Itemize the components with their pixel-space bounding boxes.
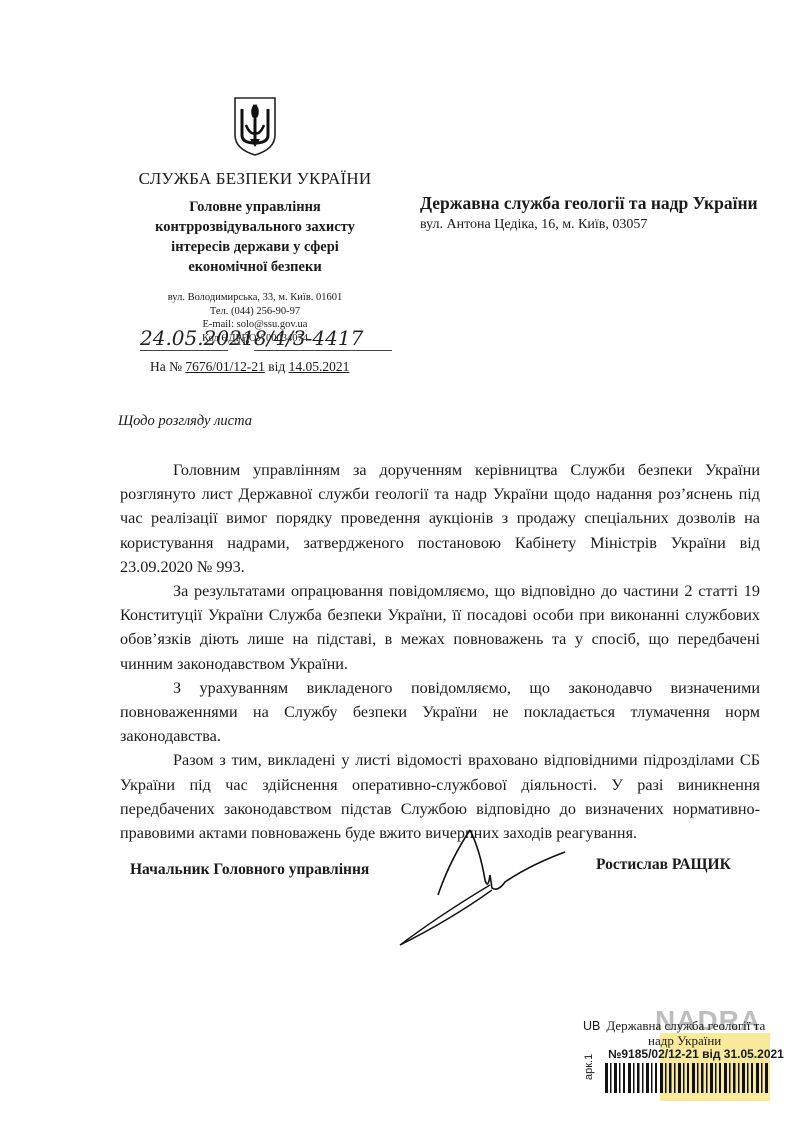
recipient-address: вул. Антона Цедіка, 16, м. Київ, 03057 [420, 217, 758, 233]
recipient-block: Державна служба геології та надр України… [420, 193, 758, 233]
sender-address: вул. Володимирська, 33, м. Київ. 01601 [105, 291, 405, 305]
signatory-title: Начальник Головного управління [130, 861, 369, 879]
outgoing-registration: 24.05.2021 № 8/4/3-4417 [140, 326, 400, 354]
reply-number: 7676/01/12-21 [185, 359, 265, 374]
stamp-line-1: UBДержавна служба геології та [583, 1018, 765, 1034]
number-sign: № [238, 334, 249, 349]
body-paragraph: За результатами опрацювання повідомляємо… [120, 579, 760, 676]
stamp-registration-number: №9185/02/12-21 від 31.05.2021 [608, 1047, 784, 1061]
letter-subject: Щодо розгляду листа [118, 413, 252, 430]
department-line: економічної безпеки [105, 257, 405, 277]
handwritten-signature-icon [380, 820, 580, 950]
letter-body: Головним управлінням за дорученням керів… [120, 458, 760, 845]
department-line: інтересів держави у сфері [105, 237, 405, 257]
reply-date: 14.05.2021 [289, 359, 350, 374]
body-paragraph: З урахуванням викладеного повідомляємо, … [120, 676, 760, 749]
barcode-icon [605, 1063, 770, 1093]
outgoing-date: 24.05.2021 [140, 326, 228, 351]
body-paragraph: Головним управлінням за дорученням керів… [120, 458, 760, 579]
sender-phone: Тел. (044) 256-90-97 [105, 305, 405, 319]
trident-coat-of-arms-icon [232, 95, 278, 157]
sender-block: СЛУЖБА БЕЗПЕКИ УКРАЇНИ Головне управлінн… [105, 95, 405, 345]
department-name: Головне управління контррозвідувального … [105, 197, 405, 277]
department-line: Головне управління [105, 197, 405, 217]
reply-mid: від [268, 359, 285, 374]
sheet-label: арк.1 [583, 1054, 595, 1080]
recipient-name: Державна служба геології та надр України [420, 193, 758, 214]
reply-prefix: На № [150, 359, 182, 374]
reply-reference: На № 7676/01/12-21 від 14.05.2021 [150, 359, 349, 375]
stamp-prefix: UB [583, 1019, 600, 1033]
department-line: контррозвідувального захисту [105, 217, 405, 237]
outgoing-number: 8/4/3-4417 [254, 326, 392, 351]
org-name: СЛУЖБА БЕЗПЕКИ УКРАЇНИ [105, 169, 405, 189]
signatory-name: Ростислав РАЩИК [596, 856, 731, 874]
stamp-org: Державна служба геології та [606, 1018, 765, 1033]
